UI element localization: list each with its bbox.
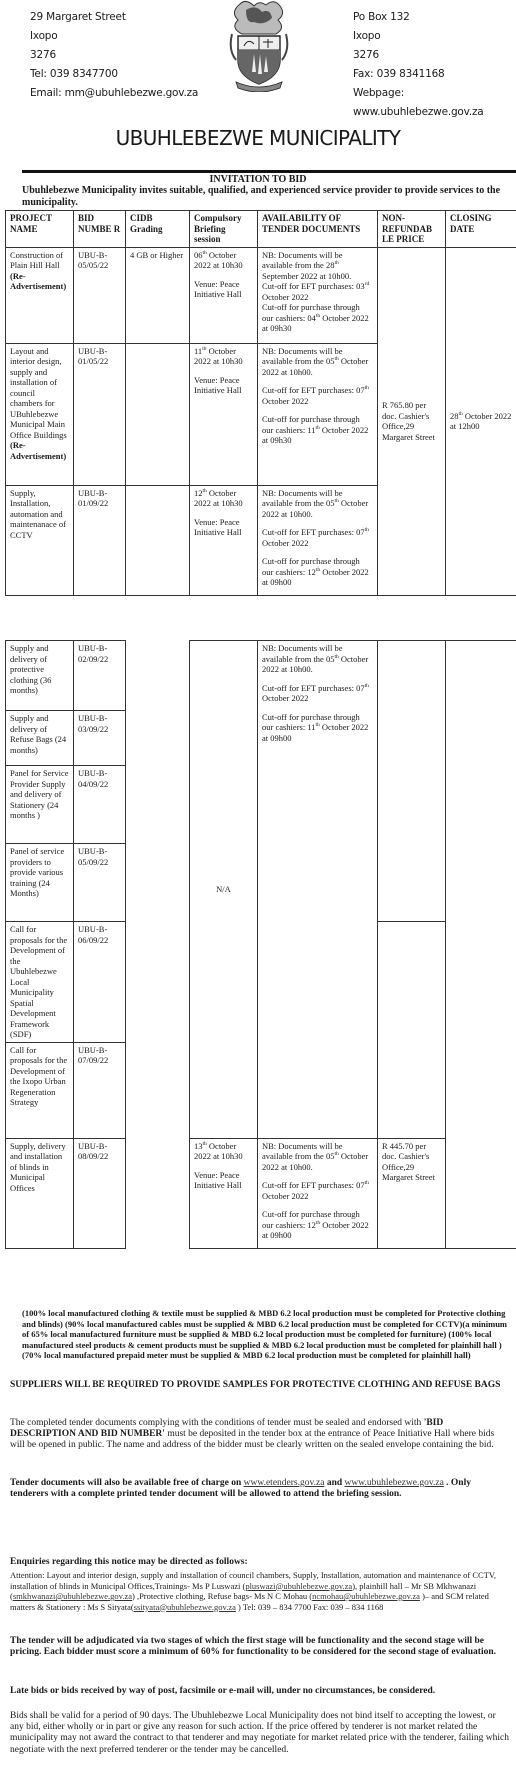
email-link[interactable]: smkhwanazi@ubuhlebezwe.gov.za: [13, 1591, 132, 1601]
project-name: Construction of Plain Hill Hall (Re-Adve…: [6, 247, 74, 343]
project-name: Panel for Service Provider Supply and de…: [6, 766, 74, 844]
bid-number: UBU-B-02/09/22: [74, 641, 126, 711]
header-cidb: CIDB Grading: [126, 211, 190, 248]
divider: [22, 170, 516, 173]
invitation-intro: Ubuhlebezwe Municipality invites suitabl…: [22, 185, 512, 209]
bid-number: UBU-B-01/05/22: [74, 343, 126, 485]
fax: Fax: 039 8341168: [353, 65, 516, 84]
availability: NB: Documents will be available from the…: [258, 641, 378, 1139]
closing-date: 28th October 2022 at 12h00: [446, 247, 516, 595]
briefing-session: 12th October 2022 at 10h30Venue: Peace I…: [190, 485, 258, 595]
header-closing-date: CLOSING DATE: [446, 211, 516, 248]
email: Email: mm@ubuhlebezwe.gov.za: [30, 84, 198, 103]
header-availability: AVAILABILITY OF TENDER DOCUMENTS: [258, 211, 378, 248]
project-name: Supply and delivery of protective clothi…: [6, 641, 74, 711]
availability: NB: Documents will be available from the…: [258, 485, 378, 595]
bid-number: UBU-B-03/09/22: [74, 711, 126, 766]
etenders-link[interactable]: www.etenders.gov.za: [244, 1478, 325, 1488]
po-box: Po Box 132: [353, 8, 516, 27]
municipal-coat-of-arms-icon: [226, 0, 292, 92]
validity-note: Bids shall be valid for a period of 90 d…: [10, 1711, 510, 1756]
enquiries-heading: Enquiries regarding this notice may be d…: [10, 1557, 510, 1568]
bids-table: PROJECT NAME BID NUMBE R CIDB Grading Co…: [5, 210, 516, 596]
price: [378, 641, 446, 922]
bid-number: UBU-B-07/09/22: [74, 1042, 126, 1138]
town: Ixopo: [353, 27, 516, 46]
bid-number: UBU-B-08/09/22: [74, 1138, 126, 1248]
postal-code: 3276: [30, 46, 198, 65]
project-name: Supply, delivery and installation of bli…: [6, 1138, 74, 1248]
project-name: Layout and interior design, supply and i…: [6, 343, 74, 485]
table-row: Construction of Plain Hill Hall (Re-Adve…: [6, 247, 516, 343]
email-link[interactable]: pluswazi@ubuhlebezwe.gov.za: [245, 1581, 352, 1591]
address-right: Po Box 132 Ixopo 3276 Fax: 039 8341168 W…: [353, 8, 516, 122]
adjudication-note: The tender will be adjudicated via two s…: [10, 1636, 510, 1658]
webpage: Webpage: www.ubuhlebezwe.gov.za: [353, 84, 516, 122]
briefing-session: 06th October 2022 at 10h30Venue: Peace I…: [190, 247, 258, 343]
email-link[interactable]: ssityata@ubuhlebezwe.gov.za: [134, 1602, 236, 1612]
local-content-note: (100% local manufactured clothing & text…: [22, 1308, 510, 1361]
header-bid-number: BID NUMBE R: [74, 211, 126, 248]
telephone: Tel: 039 8347700: [30, 65, 198, 84]
project-name: Call for proposals for the Development o…: [6, 922, 74, 1043]
municipality-website-link[interactable]: www.ubuhlebezwe.gov.za: [345, 1478, 444, 1488]
table-row: Supply and delivery of protective clothi…: [6, 641, 516, 711]
header-briefing: Compulsory Briefing session: [190, 211, 258, 248]
availability: NB: Documents will be available from the…: [258, 1138, 378, 1248]
samples-notice: SUPPLIERS WILL BE REQUIRED TO PROVIDE SA…: [10, 1380, 510, 1391]
table-header-row: PROJECT NAME BID NUMBE R CIDB Grading Co…: [6, 211, 516, 248]
cidb-grading: [126, 343, 190, 485]
bid-number: UBU-B-05/09/22: [74, 844, 126, 922]
header-price: NON-REFUNDAB LE PRICE: [378, 211, 446, 248]
town: Ixopo: [30, 27, 198, 46]
deposit-instructions: The completed tender documents complying…: [10, 1418, 510, 1452]
page-title: UBUHLEBEZWE MUNICIPALITY: [0, 126, 516, 150]
bid-number: UBU-B-04/09/22: [74, 766, 126, 844]
briefing-session: 11th October 2022 at 10h30Venue: Peace I…: [190, 343, 258, 485]
email-link[interactable]: ncmohau@ubuhlebezwe.gov.za: [312, 1591, 420, 1601]
enquiries-contacts: Attention: Layout and interior design, s…: [10, 1570, 510, 1612]
cidb-grading: [126, 641, 190, 1249]
availability: NB: Documents will be available from the…: [258, 247, 378, 343]
free-documents-notice: Tender documents will also be available …: [10, 1478, 510, 1500]
bid-number: UBU-B-06/09/22: [74, 922, 126, 1043]
price: R 445.70 per doc. Cashier's Office,29 Ma…: [378, 1138, 446, 1248]
price: [378, 922, 446, 1139]
price: R 765.80 per doc. Cashier's Office,29 Ma…: [378, 247, 446, 595]
invitation-heading: INVITATION TO BID: [0, 174, 516, 185]
late-bids-note: Late bids or bids received by way of pos…: [10, 1686, 510, 1697]
project-name: Supply and delivery of Refuse Bags (24 m…: [6, 711, 74, 766]
bids-table-continued: Supply and delivery of protective clothi…: [5, 640, 516, 1249]
cidb-grading: 4 GB or Higher: [126, 247, 190, 343]
header-project-name: PROJECT NAME: [6, 211, 74, 248]
table-row: Supply, delivery and installation of bli…: [6, 1138, 516, 1248]
street: 29 Margaret Street: [30, 8, 198, 27]
cidb-grading: [126, 485, 190, 595]
project-name: Call for proposals for the Development o…: [6, 1042, 74, 1138]
availability: NB: Documents will be available from the…: [258, 343, 378, 485]
closing-date: [446, 641, 516, 1249]
bid-number: UBU-B-05/05/22: [74, 247, 126, 343]
briefing-session: N/A: [190, 641, 258, 1139]
address-left: 29 Margaret Street Ixopo 3276 Tel: 039 8…: [30, 8, 198, 103]
postal-code: 3276: [353, 46, 516, 65]
bid-number: UBU-B-01/09/22: [74, 485, 126, 595]
project-name: Panel of service providers to provide va…: [6, 844, 74, 922]
project-name: Supply, Installation, automation and mai…: [6, 485, 74, 595]
briefing-session: 13th October 2022 at 10h30Venue: Peace I…: [190, 1138, 258, 1248]
letterhead: 29 Margaret Street Ixopo 3276 Tel: 039 8…: [0, 0, 516, 160]
